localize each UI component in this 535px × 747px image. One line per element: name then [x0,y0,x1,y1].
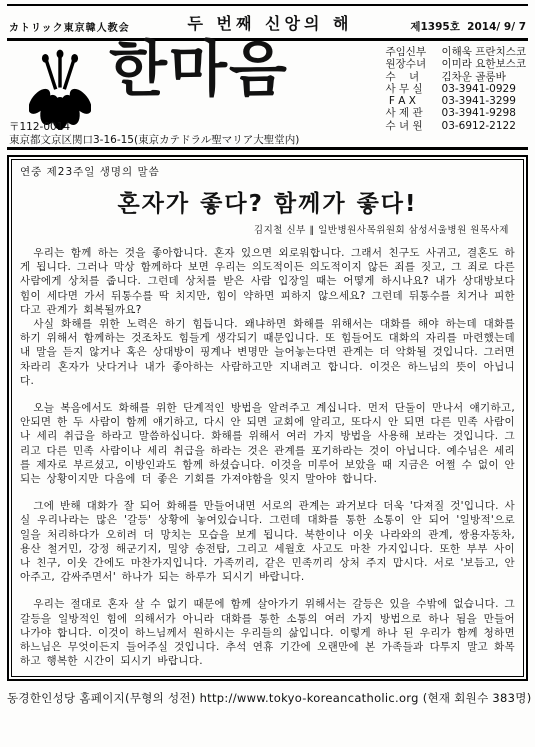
staff-value: 이해욱 프란치스코 [442,46,526,58]
article-inner: 연중 제23주일 생명의 말씀 혼자가 좋다? 함께가 좋다! 김지철 신부 ∥… [11,159,524,677]
staff-label: 사 무 실 [386,83,442,95]
address-line: 東京都文京区関口3-16-15(東京カテドラル聖マリア大聖堂内) [9,134,299,147]
staff-value: 03-3941-3299 [442,95,516,107]
article-byline: 김지철 신부 ∥ 일반병원사목위원회 삼성서울병원 원목사제 [20,222,509,236]
masthead-bottom-rule [7,147,528,150]
staff-row: 주임신부이해욱 프란치스코 [386,46,526,58]
staff-value: 03-3941-0929 [442,83,516,95]
staff-row: F A X03-3941-3299 [386,95,526,107]
paragraph: 그에 반해 대화가 잘 되어 화해를 만들어내면 서로의 관계는 과거보다 더욱… [20,499,515,584]
footer-prefix: 동경한인성당 홈페이지(무형의 성전) [7,691,200,705]
staff-value: 김차운 골룸바 [442,71,506,83]
staff-value: 이미라 요한보스코 [442,58,526,70]
staff-row: 수 녀 원03-6912-2122 [386,120,526,132]
paragraph: 우리는 절대로 혼자 살 수 없기 때문에 함께 살아가기 위해서는 갈등은 있… [20,597,515,668]
staff-label: 수 녀 원 [386,120,442,132]
staff-list: 주임신부이해욱 프란치스코 원장수녀이미라 요한보스코 수 녀김차운 골룸바 사… [386,46,526,132]
banner-title: 두 번째 신앙의 해 [188,11,353,34]
bulletin-page: カトリック東京韓人教会 두 번째 신앙의 해 제1395호 2014/ 9/ 7 [0,0,535,747]
address-block: 〒112-0014 東京都文京区関口3-16-15(東京カテドラル聖マリア大聖堂… [9,121,299,147]
footer-suffix: (현재 회원수 383명) [419,691,532,705]
masthead: 한마음 주임신부이해욱 프란치스코 원장수녀이미라 요한보스코 수 녀김차운 골… [7,41,528,147]
org-name: カトリック東京韓人教会 [9,19,130,34]
staff-label: 원장수녀 [386,58,442,70]
staff-row: 원장수녀이미라 요한보스코 [386,58,526,70]
staff-value: 03-6912-2122 [442,120,516,132]
article-box: 연중 제23주일 생명의 말씀 혼자가 좋다? 함께가 좋다! 김지철 신부 ∥… [7,155,528,681]
masthead-title: 한마음 [109,37,289,103]
footer: 동경한인성당 홈페이지(무형의 성전) http://www.tokyo-kor… [7,690,528,706]
staff-label: 사 제 관 [386,107,442,119]
staff-row: 수 녀김차운 골룸바 [386,71,526,83]
postal-code: 〒112-0014 [9,121,299,134]
article-title: 혼자가 좋다? 함께가 좋다! [20,185,515,218]
staff-label: 수 녀 [386,71,442,83]
issue-number: 제1395호 2014/ 9/ 7 [410,19,526,34]
staff-row: 사 제 관03-3941-9298 [386,107,526,119]
paragraph: 우리는 함께 하는 것을 좋아합니다. 혼자 있으면 외로워합니다. 그래서 친… [20,246,515,317]
article-body: 우리는 함께 하는 것을 좋아합니다. 혼자 있으면 외로워합니다. 그래서 친… [20,246,515,668]
header-strip: カトリック東京韓人教会 두 번째 신앙의 해 제1395호 2014/ 9/ 7 [7,6,528,38]
website-url: http://www.tokyo-koreancatholic.org [200,691,419,705]
section-label: 연중 제23주일 생명의 말씀 [20,164,515,179]
paragraph: 사실 화해를 위한 노력은 하기 힘듭니다. 왜냐하면 화해를 위해서는 대화를… [20,317,515,388]
staff-row: 사 무 실03-3941-0929 [386,83,526,95]
staff-value: 03-3941-9298 [442,107,516,119]
staff-label: 주임신부 [386,46,442,58]
staff-label: F A X [386,95,442,107]
paragraph: 오늘 복음에서도 화해를 위한 단계적인 방법을 알려주고 계십니다. 먼저 단… [20,401,515,486]
